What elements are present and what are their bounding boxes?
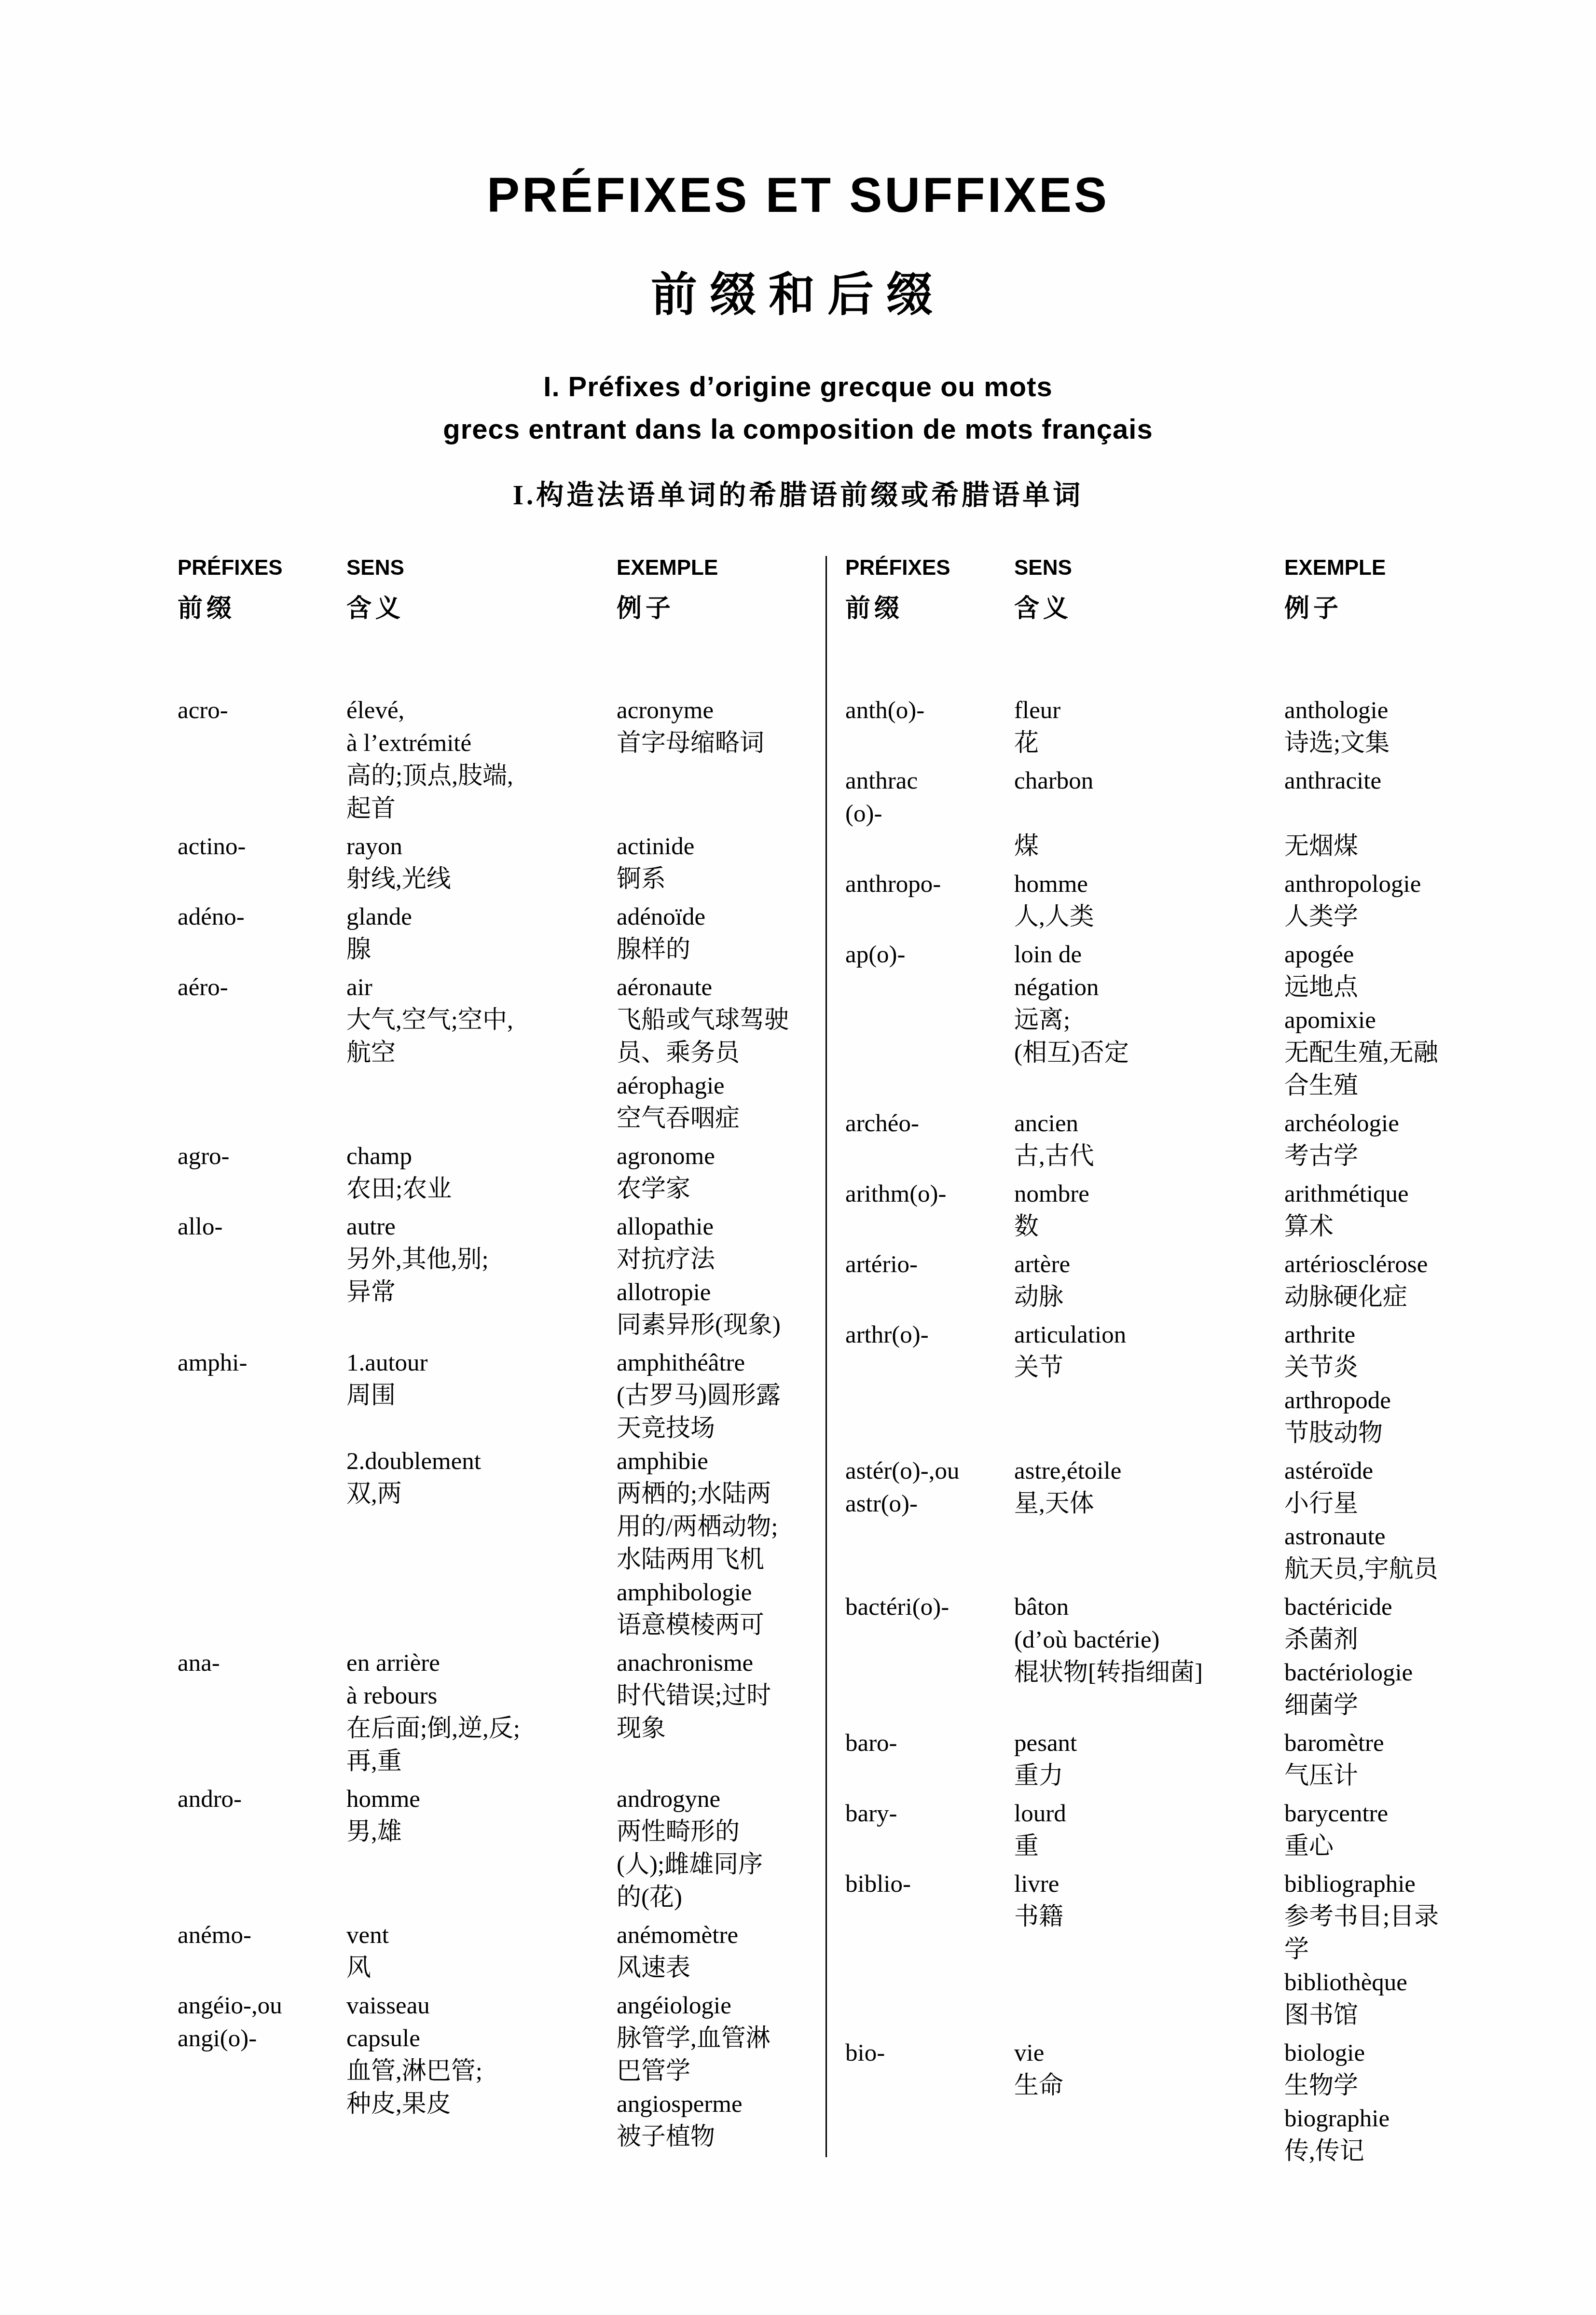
entry-sens-line: articulation [1014, 1318, 1284, 1351]
entry-exemple: anachronisme时代错误;过时现象 [617, 1647, 771, 1778]
col-header-exemple-zh: 例子 [617, 588, 718, 624]
entry-exemple-line: 员、乘务员 [617, 1037, 789, 1069]
entry-sens: artère动脉 [1014, 1248, 1284, 1314]
table-entry: andro-homme男,雄androgyne两性畸形的(人);雌雄同序的(花) [178, 1783, 824, 1914]
entry-sens-line: 再,重 [346, 1745, 617, 1778]
entry-sens-line: à l’extrémité [346, 727, 617, 760]
entry-exemple-line: allotropie [617, 1276, 781, 1309]
table-entry: aéro-air大气,空气;空中,航空aéronaute飞船或气球驾驶员、乘务员… [178, 971, 824, 1135]
entry-sens-line [1014, 797, 1284, 830]
entry-exemple: adénoïde腺样的 [617, 901, 705, 966]
entry-sens: nombre数 [1014, 1178, 1284, 1243]
entry-sens-line: (d’où bactérie) [1014, 1623, 1284, 1656]
entry-sens-line: ancien [1014, 1107, 1284, 1140]
entry-sens: loin denégation远离;(相互)否定 [1014, 938, 1284, 1102]
entry-exemple-line: aérophagie [617, 1069, 789, 1102]
entry-prefix: arthr(o)- [845, 1318, 1014, 1450]
entry-exemple-line: 人类学 [1284, 901, 1421, 933]
entry-exemple-line: aéronaute [617, 971, 789, 1004]
entry-exemple-line: (人);雌雄同序 [617, 1848, 763, 1881]
entry-exemple-line: 杀菌剂 [1284, 1623, 1413, 1656]
entry-prefix-line: anémo- [178, 1919, 346, 1952]
entry-exemple-line: arthrite [1284, 1318, 1391, 1351]
entry-sens-line: 棍状物[转指细菌] [1014, 1656, 1284, 1689]
entry-prefix-line: astr(o)- [845, 1487, 1014, 1520]
table-entry: ap(o)-loin denégation远离;(相互)否定apogée远地点a… [845, 938, 1596, 1102]
entry-prefix: aéro- [178, 971, 346, 1135]
entry-exemple: actinide锕系 [617, 830, 694, 896]
entry-exemple-line: androgyne [617, 1783, 763, 1816]
entry-exemple-line: 细菌学 [1284, 1689, 1413, 1722]
entry-exemple-line: 关节炎 [1284, 1351, 1391, 1384]
entry-prefix-line: amphi- [178, 1346, 346, 1379]
entry-exemple-line: 无烟煤 [1284, 830, 1381, 863]
entry-sens: homme男,雄 [346, 1783, 617, 1914]
entry-exemple-line: amphithéâtre [617, 1346, 781, 1379]
entry-sens-line: 书籍 [1014, 1900, 1284, 1933]
entry-sens-line: en arrière [346, 1647, 617, 1679]
entry-prefix: angéio-,ouangi(o)- [178, 1989, 346, 2153]
entries-right: anth(o)-fleur花anthologie诗选;文集anthrac(o)-… [845, 694, 1596, 2168]
entry-sens-line: bâton [1014, 1591, 1284, 1623]
entry-sens-line: à rebours [346, 1679, 617, 1712]
entry-exemple-line: anthropologie [1284, 868, 1421, 901]
entry-exemple-line: 考古学 [1284, 1140, 1399, 1173]
entry-sens-line: 远离; [1014, 1004, 1284, 1037]
entry-sens-line: 异常 [346, 1276, 617, 1309]
entry-exemple-line: archéologie [1284, 1107, 1399, 1140]
table-entry: bactéri(o)-bâton(d’où bactérie)棍状物[转指细菌]… [845, 1591, 1596, 1722]
table-header-right: PRÉFIXES 前缀 SENS 含义 EXEMPLE 例子 [845, 555, 1596, 694]
table-entry: agro-champ农田;农业agronome农学家 [178, 1140, 824, 1206]
entry-sens-line: 重 [1014, 1830, 1284, 1863]
table-entry: angéio-,ouangi(o)-vaisseaucapsule血管,淋巴管;… [178, 1989, 824, 2153]
entry-exemple-line: 天竞技场 [617, 1412, 781, 1445]
entry-exemple-line: 节肢动物 [1284, 1417, 1391, 1450]
section-heading-line2: grecs entrant dans la composition de mot… [0, 408, 1596, 451]
col-header-exemple-zh: 例子 [1284, 588, 1386, 624]
entry-exemple-line: 学 [1284, 1933, 1439, 1966]
entry-exemple-line: astéroïde [1284, 1455, 1438, 1487]
entry-exemple: anthologie诗选;文集 [1284, 694, 1390, 760]
entry-sens-line: astre,étoile [1014, 1455, 1284, 1487]
col-header-sens: SENS 含义 [1014, 555, 1284, 694]
entry-sens: homme人,人类 [1014, 868, 1284, 933]
entry-exemple-line: 用的/两栖动物; [617, 1511, 781, 1543]
entry-exemple: arthrite关节炎arthropode节肢动物 [1284, 1318, 1391, 1450]
entry-exemple-line: arithmétique [1284, 1178, 1409, 1210]
entry-sens: articulation关节 [1014, 1318, 1284, 1450]
entry-sens-line: livre [1014, 1868, 1284, 1900]
entry-prefix: anthrac(o)- [845, 764, 1014, 863]
entry-exemple: acronyme首字母缩略词 [617, 694, 764, 825]
table-entry: actino-rayon射线,光线actinide锕系 [178, 830, 824, 896]
entry-prefix: anémo- [178, 1919, 346, 1984]
entry-exemple-line: 水陆两用飞机 [617, 1543, 781, 1576]
entry-exemple-line: allopathie [617, 1210, 781, 1243]
entry-exemple-line: adénoïde [617, 901, 705, 933]
entry-prefix-line: arthr(o)- [845, 1318, 1014, 1351]
table-entry: archéo-ancien古,古代archéologie考古学 [845, 1107, 1596, 1173]
entry-sens-line: 花 [1014, 727, 1284, 760]
table-entry: ana-en arrièreà rebours在后面;倒,逆,反;再,重anac… [178, 1647, 824, 1778]
entry-sens-line: 2.doublement [346, 1445, 617, 1478]
entry-exemple-line: barycentre [1284, 1797, 1388, 1830]
entry-sens: élevé,à l’extrémité高的;顶点,肢端,起首 [346, 694, 617, 825]
entry-exemple: apogée远地点apomixie无配生殖,无融合生殖 [1284, 938, 1438, 1102]
entry-exemple: agronome农学家 [617, 1140, 715, 1206]
entry-exemple-line: 飞船或气球驾驶 [617, 1004, 789, 1037]
entry-exemple-line: actinide [617, 830, 694, 863]
col-header-prefixes-zh: 前缀 [178, 588, 346, 624]
entry-exemple: anémomètre风速表 [617, 1919, 738, 1984]
entry-exemple-line: 语意模棱两可 [617, 1609, 781, 1642]
entry-exemple-line: 首字母缩略词 [617, 727, 764, 760]
entry-prefix: amphi- [178, 1346, 346, 1642]
entry-prefix-line: adéno- [178, 901, 346, 933]
entry-exemple: androgyne两性畸形的(人);雌雄同序的(花) [617, 1783, 763, 1914]
col-header-sens-zh: 含义 [1014, 588, 1284, 624]
entry-exemple-line: 重心 [1284, 1830, 1388, 1863]
entry-exemple: anthropologie人类学 [1284, 868, 1421, 933]
entry-prefix-line: arithm(o)- [845, 1178, 1014, 1210]
entry-exemple-line: artériosclérose [1284, 1248, 1428, 1281]
section-heading-line1: I. Préfixes d’origine grecque ou mots [0, 366, 1596, 408]
entry-prefix: ana- [178, 1647, 346, 1778]
entry-exemple-line: 被子植物 [617, 2121, 770, 2153]
entry-sens: bâton(d’où bactérie)棍状物[转指细菌] [1014, 1591, 1284, 1722]
table-entry: amphi-1.autour周围 2.doublement双,两amphithé… [178, 1346, 824, 1642]
entry-sens-line: loin de [1014, 938, 1284, 971]
entry-prefix-line: actino- [178, 830, 346, 863]
entry-sens-line: 高的;顶点,肢端, [346, 760, 617, 792]
entry-sens-line: 风 [346, 1952, 617, 1984]
table-entry: allo-autre另外,其他,别;异常allopathie对抗疗法allotr… [178, 1210, 824, 1342]
entry-exemple: anthracite 无烟煤 [1284, 764, 1381, 863]
entry-exemple-line: bibliothèque [1284, 1966, 1439, 1999]
col-header-prefixes-fr: PRÉFIXES [845, 555, 1014, 581]
entry-sens-line: 1.autour [346, 1346, 617, 1379]
section-heading-chinese: I.构造法语单词的希腊语前缀或希腊语单词 [0, 473, 1596, 513]
entry-exemple-line: 两性畸形的 [617, 1816, 763, 1848]
entry-sens-line: 星,天体 [1014, 1487, 1284, 1520]
entry-prefix: acro- [178, 694, 346, 825]
page-title-chinese: 前缀和后缀 [0, 258, 1596, 324]
entry-prefix-line: anthropo- [845, 868, 1014, 901]
entry-prefix-line: andro- [178, 1783, 346, 1816]
entry-exemple-line: angéiologie [617, 1989, 770, 2022]
table-right-half: PRÉFIXES 前缀 SENS 含义 EXEMPLE 例子 anth(o)-f… [845, 555, 1596, 2173]
entry-sens: pesant重力 [1014, 1727, 1284, 1792]
col-header-prefixes-zh: 前缀 [845, 588, 1014, 624]
entry-exemple: arithmétique算术 [1284, 1178, 1409, 1243]
entry-sens-line: fleur [1014, 694, 1284, 727]
entry-prefix-line: angi(o)- [178, 2022, 346, 2055]
entry-exemple-line: anémomètre [617, 1919, 738, 1952]
entry-exemple-line: amphibie [617, 1445, 781, 1478]
entry-exemple-line: 空气吞咽症 [617, 1102, 789, 1135]
entry-exemple-line: 的(花) [617, 1881, 763, 1914]
entry-prefix-line: angéio-,ou [178, 1989, 346, 2022]
entry-sens-line: 种皮,果皮 [346, 2088, 617, 2121]
col-header-sens-fr: SENS [1014, 555, 1284, 581]
entry-exemple-line: 对抗疗法 [617, 1243, 781, 1276]
entry-sens: en arrièreà rebours在后面;倒,逆,反;再,重 [346, 1647, 617, 1778]
table-entry: acro-élevé,à l’extrémité高的;顶点,肢端,起首acron… [178, 694, 824, 825]
entry-exemple-line: arthropode [1284, 1384, 1391, 1417]
entry-sens-line: rayon [346, 830, 617, 863]
entries-left: acro-élevé,à l’extrémité高的;顶点,肢端,起首acron… [178, 694, 824, 2153]
entry-exemple-line: 风速表 [617, 1952, 738, 1984]
entry-sens-line: 动脉 [1014, 1281, 1284, 1314]
entry-sens-line: pesant [1014, 1727, 1284, 1760]
entry-sens-line: négation [1014, 971, 1284, 1004]
entry-exemple-line: bactériologie [1284, 1656, 1413, 1689]
col-header-prefixes: PRÉFIXES 前缀 [178, 555, 346, 694]
entry-sens-line: 古,古代 [1014, 1140, 1284, 1173]
entry-sens-line: 射线,光线 [346, 863, 617, 896]
table-entry: baro-pesant重力baromètre气压计 [845, 1727, 1596, 1792]
entry-exemple-line: 参考书目;目录 [1284, 1900, 1439, 1933]
entry-sens: ancien古,古代 [1014, 1107, 1284, 1173]
entry-sens-line: 周围 [346, 1379, 617, 1412]
entry-sens-line: charbon [1014, 764, 1284, 797]
entry-exemple-line: apogée [1284, 938, 1438, 971]
entry-exemple: bactéricide杀菌剂bactériologie细菌学 [1284, 1591, 1413, 1722]
table-entry: artério-artère动脉artériosclérose动脉硬化症 [845, 1248, 1596, 1314]
entry-sens-line: 血管,淋巴管; [346, 2055, 617, 2088]
entry-exemple-line: agronome [617, 1140, 715, 1173]
table-entry: astér(o)-,ouastr(o)-astre,étoile星,天体asté… [845, 1455, 1596, 1586]
entry-exemple-line: 锕系 [617, 863, 694, 896]
entry-sens-line: 起首 [346, 792, 617, 825]
table-entry: anth(o)-fleur花anthologie诗选;文集 [845, 694, 1596, 760]
entry-sens-line: 人,人类 [1014, 901, 1284, 933]
entry-prefix-line: bary- [845, 1797, 1014, 1830]
entry-exemple-line: anachronisme [617, 1647, 771, 1679]
entry-sens-line: 大气,空气;空中, [346, 1004, 617, 1037]
entry-sens: fleur花 [1014, 694, 1284, 760]
entry-sens: vent风 [346, 1919, 617, 1984]
entry-sens-line: capsule [346, 2022, 617, 2055]
entry-sens-line [346, 1412, 617, 1445]
entry-exemple-line: amphibologie [617, 1576, 781, 1609]
entry-prefix: anthropo- [845, 868, 1014, 933]
entry-prefix: adéno- [178, 901, 346, 966]
entry-exemple-line: 传,传记 [1284, 2135, 1390, 2168]
col-header-exemple-fr: EXEMPLE [617, 555, 718, 581]
entry-prefix: agro- [178, 1140, 346, 1206]
entry-sens-line: 在后面;倒,逆,反; [346, 1712, 617, 1745]
entry-exemple-line: anthologie [1284, 694, 1390, 727]
entry-exemple-line: bibliographie [1284, 1868, 1439, 1900]
entry-exemple-line: 图书馆 [1284, 1999, 1439, 2032]
entry-prefix: biblio- [845, 1868, 1014, 2032]
entry-exemple-line: (古罗马)圆形露 [617, 1379, 781, 1412]
table-entry: arithm(o)-nombre数arithmétique算术 [845, 1178, 1596, 1243]
entry-exemple-line: 生物学 [1284, 2069, 1390, 2102]
col-header-sens-zh: 含义 [346, 588, 617, 624]
entry-sens: charbon 煤 [1014, 764, 1284, 863]
entry-exemple: biologie生物学biographie传,传记 [1284, 2037, 1390, 2168]
entry-prefix: bactéri(o)- [845, 1591, 1014, 1722]
entry-exemple-line: angiosperme [617, 2088, 770, 2121]
entry-sens: champ农田;农业 [346, 1140, 617, 1206]
col-header-sens: SENS 含义 [346, 555, 617, 694]
entry-prefix-line: artério- [845, 1248, 1014, 1281]
entry-prefix-line: acro- [178, 694, 346, 727]
entry-sens: autre另外,其他,别;异常 [346, 1210, 617, 1342]
entry-sens-line: 腺 [346, 933, 617, 966]
entry-prefix: actino- [178, 830, 346, 896]
entry-exemple: angéiologie脉管学,血管淋巴管学angiosperme被子植物 [617, 1989, 770, 2153]
entry-prefix-line: anth(o)- [845, 694, 1014, 727]
entry-prefix: arithm(o)- [845, 1178, 1014, 1243]
entry-prefix: artério- [845, 1248, 1014, 1314]
entry-exemple: aéronaute飞船或气球驾驶员、乘务员aérophagie空气吞咽症 [617, 971, 789, 1135]
entry-exemple-line: 气压计 [1284, 1760, 1384, 1792]
table-entry: arthr(o)-articulation关节arthrite关节炎arthro… [845, 1318, 1596, 1450]
entry-exemple: baromètre气压计 [1284, 1727, 1384, 1792]
column-divider [826, 556, 827, 2157]
entry-sens-line: vaisseau [346, 1989, 617, 2022]
entry-prefix: anth(o)- [845, 694, 1014, 760]
col-header-prefixes-fr: PRÉFIXES [178, 555, 346, 581]
col-header-exemple: EXEMPLE 例子 [617, 555, 718, 694]
table-entry: anthropo-homme人,人类anthropologie人类学 [845, 868, 1596, 933]
col-header-exemple: EXEMPLE 例子 [1284, 555, 1386, 694]
entry-exemple: amphithéâtre(古罗马)圆形露天竞技场amphibie两栖的;水陆两用… [617, 1346, 781, 1642]
entry-sens-line: autre [346, 1210, 617, 1243]
entry-prefix: bio- [845, 2037, 1014, 2168]
table-left-half: PRÉFIXES 前缀 SENS 含义 EXEMPLE 例子 acro-élev… [178, 555, 824, 2158]
entry-prefix: bary- [845, 1797, 1014, 1863]
table-entry: anémo-vent风anémomètre风速表 [178, 1919, 824, 1984]
entry-prefix-line: (o)- [845, 797, 1014, 830]
entry-exemple-line: baromètre [1284, 1727, 1384, 1760]
table-entry: biblio-livre书籍bibliographie参考书目;目录学bibli… [845, 1868, 1596, 2032]
col-header-sens-fr: SENS [346, 555, 617, 581]
entry-prefix-line: bio- [845, 2037, 1014, 2069]
dictionary-page: PRÉFIXES ET SUFFIXES 前缀和后缀 I. Préfixes d… [0, 0, 1596, 2315]
entry-sens-line: 重力 [1014, 1760, 1284, 1792]
entry-exemple-line: 现象 [617, 1712, 771, 1745]
entry-sens-line: 另外,其他,别; [346, 1243, 617, 1276]
entry-sens-line: artère [1014, 1248, 1284, 1281]
entry-prefix: astér(o)-,ouastr(o)- [845, 1455, 1014, 1586]
entry-prefix-line: bactéri(o)- [845, 1591, 1014, 1623]
entry-sens-line: 航空 [346, 1037, 617, 1069]
entry-sens-line: 男,雄 [346, 1816, 617, 1848]
entry-exemple-line: biographie [1284, 2102, 1390, 2135]
entry-sens-line: vie [1014, 2037, 1284, 2069]
section-heading: I. Préfixes d’origine grecque ou mots gr… [0, 366, 1596, 451]
table-header-left: PRÉFIXES 前缀 SENS 含义 EXEMPLE 例子 [178, 555, 824, 694]
entry-exemple-line: 时代错误;过时 [617, 1679, 771, 1712]
entry-exemple-line: biologie [1284, 2037, 1390, 2069]
entry-sens-line: 关节 [1014, 1351, 1284, 1384]
col-header-exemple-fr: EXEMPLE [1284, 555, 1386, 581]
entry-prefix-line: ap(o)- [845, 938, 1014, 971]
entry-prefix-line: archéo- [845, 1107, 1014, 1140]
entry-exemple: artériosclérose动脉硬化症 [1284, 1248, 1428, 1314]
entry-exemple-line: 算术 [1284, 1210, 1409, 1243]
entry-prefix-line: baro- [845, 1727, 1014, 1760]
entry-sens: lourd重 [1014, 1797, 1284, 1863]
entry-sens-line: (相互)否定 [1014, 1037, 1284, 1069]
entry-exemple-line: 同素异形(现象) [617, 1309, 781, 1342]
entry-prefix-line: allo- [178, 1210, 346, 1243]
entry-exemple-line: anthracite [1284, 764, 1381, 797]
entry-sens: astre,étoile星,天体 [1014, 1455, 1284, 1586]
entry-prefix-line: ana- [178, 1647, 346, 1679]
entry-exemple-line: bactéricide [1284, 1591, 1413, 1623]
entry-exemple-line: 脉管学,血管淋 [617, 2022, 770, 2055]
entry-sens-line: 数 [1014, 1210, 1284, 1243]
entry-exemple-line: 农学家 [617, 1173, 715, 1206]
page-title: PRÉFIXES ET SUFFIXES [0, 168, 1596, 222]
entry-sens: 1.autour周围 2.doublement双,两 [346, 1346, 617, 1642]
entry-exemple-line: 合生殖 [1284, 1069, 1438, 1102]
table-entry: anthrac(o)-charbon 煤anthracite 无烟煤 [845, 764, 1596, 863]
col-header-prefixes: PRÉFIXES 前缀 [845, 555, 1014, 694]
table-entry: adéno-glande腺adénoïde腺样的 [178, 901, 824, 966]
entry-sens-line: 煤 [1014, 830, 1284, 863]
entry-sens: glande腺 [346, 901, 617, 966]
entry-exemple-line: 无配生殖,无融 [1284, 1037, 1438, 1069]
entry-exemple: bibliographie参考书目;目录学bibliothèque图书馆 [1284, 1868, 1439, 2032]
entry-sens: vie生命 [1014, 2037, 1284, 2168]
entry-prefix-line: aéro- [178, 971, 346, 1004]
entry-prefix: andro- [178, 1783, 346, 1914]
table-entry: bary-lourd重barycentre重心 [845, 1797, 1596, 1863]
entry-prefix-line: biblio- [845, 1868, 1014, 1900]
entry-prefix: baro- [845, 1727, 1014, 1792]
entry-exemple-line: 两栖的;水陆两 [617, 1478, 781, 1511]
entry-sens: vaisseaucapsule血管,淋巴管;种皮,果皮 [346, 1989, 617, 2153]
entry-sens: livre书籍 [1014, 1868, 1284, 2032]
entry-exemple-line: 远地点 [1284, 971, 1438, 1004]
entry-prefix: allo- [178, 1210, 346, 1342]
entry-sens-line: air [346, 971, 617, 1004]
entry-sens-line: 农田;农业 [346, 1173, 617, 1206]
entry-sens-line: homme [346, 1783, 617, 1816]
entry-sens-line: nombre [1014, 1178, 1284, 1210]
entry-exemple: allopathie对抗疗法allotropie同素异形(现象) [617, 1210, 781, 1342]
entry-exemple-line [1284, 797, 1381, 830]
entry-exemple-line: 动脉硬化症 [1284, 1281, 1428, 1314]
entry-prefix: ap(o)- [845, 938, 1014, 1102]
entry-exemple: astéroïde小行星astronaute航天员,宇航员 [1284, 1455, 1438, 1586]
entry-exemple-line: 小行星 [1284, 1487, 1438, 1520]
entry-prefix: archéo- [845, 1107, 1014, 1173]
entry-exemple: archéologie考古学 [1284, 1107, 1399, 1173]
entry-sens-line: élevé, [346, 694, 617, 727]
entry-sens: rayon射线,光线 [346, 830, 617, 896]
entry-sens: air大气,空气;空中,航空 [346, 971, 617, 1135]
entry-exemple-line: 巴管学 [617, 2055, 770, 2088]
table-entry: bio-vie生命biologie生物学biographie传,传记 [845, 2037, 1596, 2168]
entry-sens-line: vent [346, 1919, 617, 1952]
entry-exemple-line: acronyme [617, 694, 764, 727]
entry-sens-line: homme [1014, 868, 1284, 901]
entry-exemple-line: apomixie [1284, 1004, 1438, 1037]
entry-prefix-line: anthrac [845, 764, 1014, 797]
entry-exemple: barycentre重心 [1284, 1797, 1388, 1863]
entry-sens-line: 生命 [1014, 2069, 1284, 2102]
entry-exemple-line: astronaute [1284, 1520, 1438, 1553]
entry-sens-line: champ [346, 1140, 617, 1173]
